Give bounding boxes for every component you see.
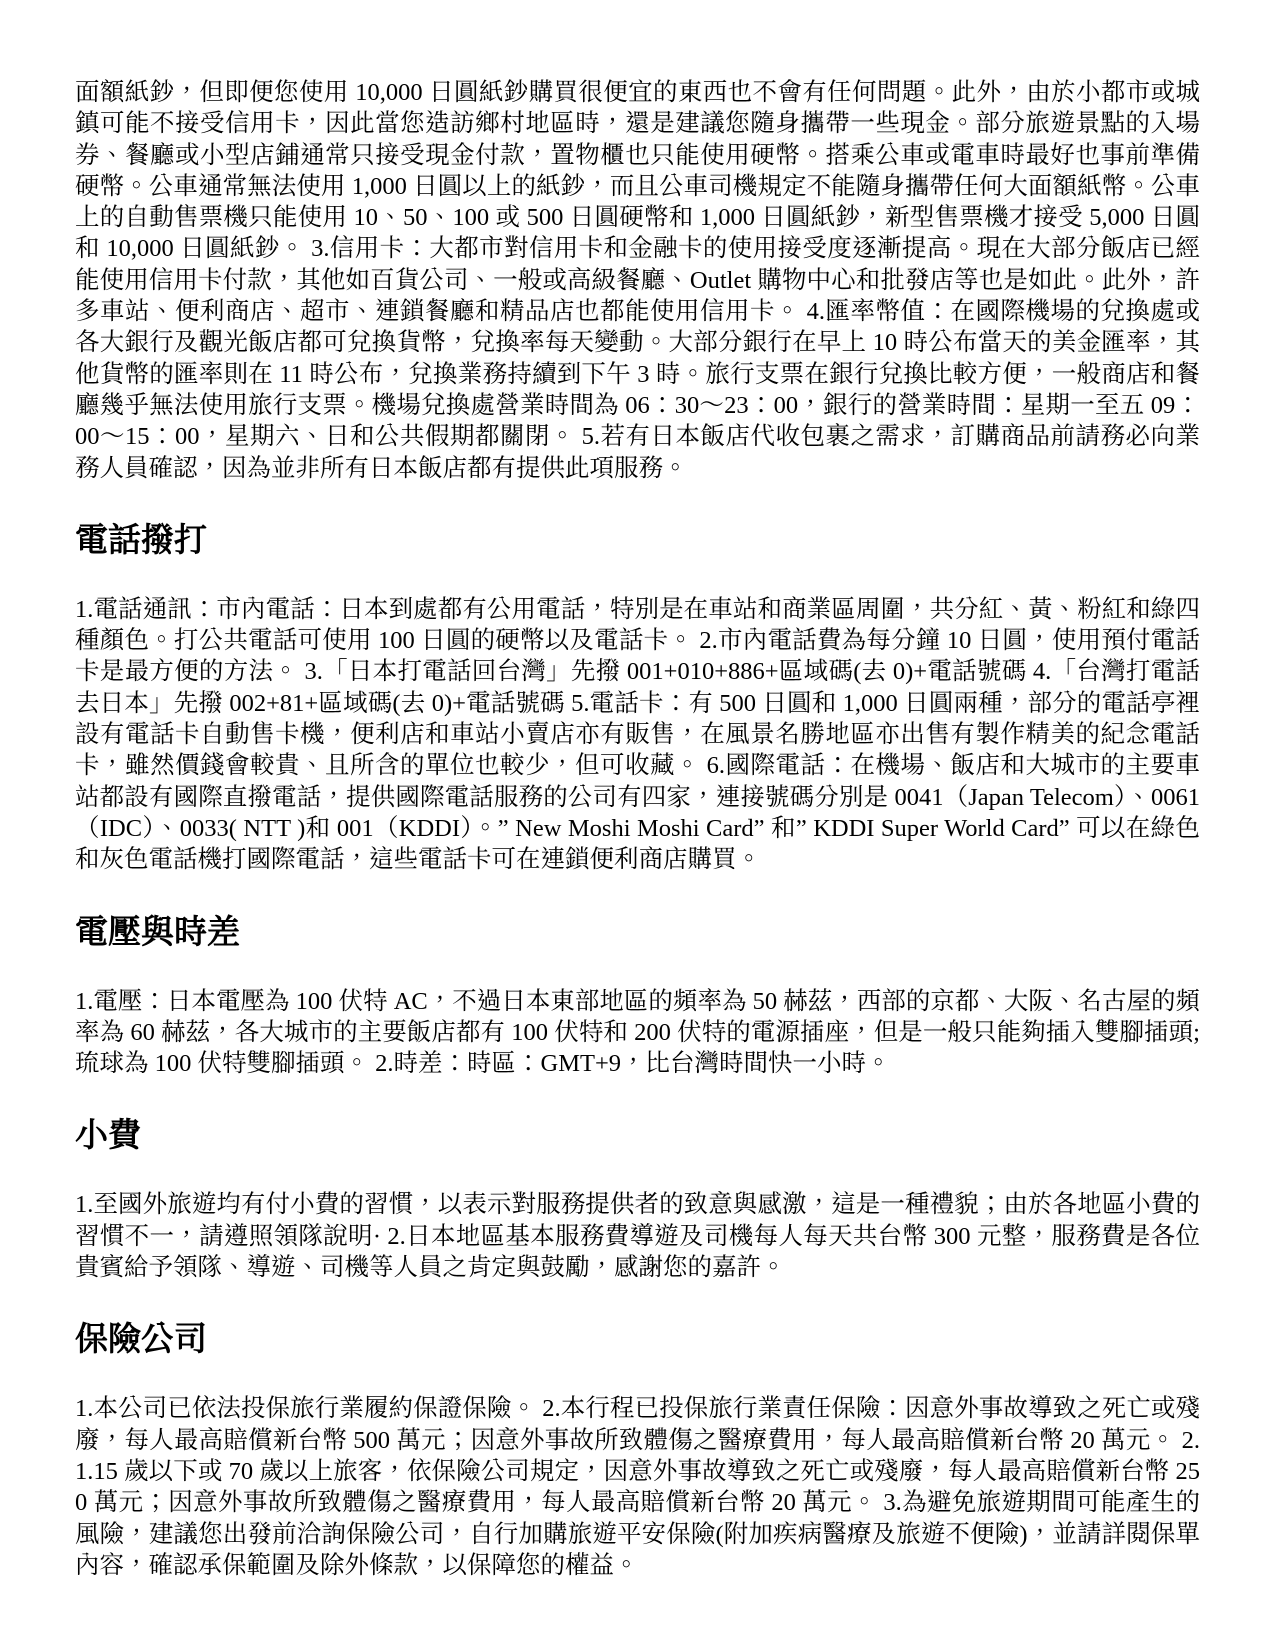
section-insurance-company: 保險公司 1.本公司已依法投保旅行業履約保證保險。 2.本行程已投保旅行業責任保… (75, 1320, 1200, 1581)
section-tipping: 小費 1.至國外旅遊均有付小費的習慣，以表示對服務提供者的致意與感激，這是一種禮… (75, 1116, 1200, 1283)
section-currency-credit-info: 面額紙鈔，但即便您使用 10,000 日圓紙鈔購買很便宜的東西也不會有任何問題。… (75, 77, 1200, 484)
paragraph-insurance-company: 1.本公司已依法投保旅行業履約保證保險。 2.本行程已投保旅行業責任保險：因意外… (75, 1393, 1200, 1581)
paragraph-tipping: 1.至國外旅遊均有付小費的習慣，以表示對服務提供者的致意與感激，這是一種禮貌；由… (75, 1189, 1200, 1283)
heading-tipping: 小費 (75, 1116, 1200, 1156)
paragraph-voltage-time-difference: 1.電壓：日本電壓為 100 伏特 AC，不過日本東部地區的頻率為 50 赫茲，… (75, 986, 1200, 1080)
heading-voltage-time-difference: 電壓與時差 (75, 913, 1200, 953)
paragraph-currency-credit-info: 面額紙鈔，但即便您使用 10,000 日圓紙鈔購買很便宜的東西也不會有任何問題。… (75, 77, 1200, 484)
paragraph-phone-dialing: 1.電話通訊：市內電話：日本到處都有公用電話，特別是在車站和商業區周圍，共分紅、… (75, 594, 1200, 876)
section-phone-dialing: 電話撥打 1.電話通訊：市內電話：日本到處都有公用電話，特別是在車站和商業區周圍… (75, 521, 1200, 876)
heading-phone-dialing: 電話撥打 (75, 521, 1200, 561)
section-voltage-time-difference: 電壓與時差 1.電壓：日本電壓為 100 伏特 AC，不過日本東部地區的頻率為 … (75, 913, 1200, 1080)
heading-insurance-company: 保險公司 (75, 1320, 1200, 1360)
document-page: 面額紙鈔，但即便您使用 10,000 日圓紙鈔購買很便宜的東西也不會有任何問題。… (0, 0, 1275, 1650)
